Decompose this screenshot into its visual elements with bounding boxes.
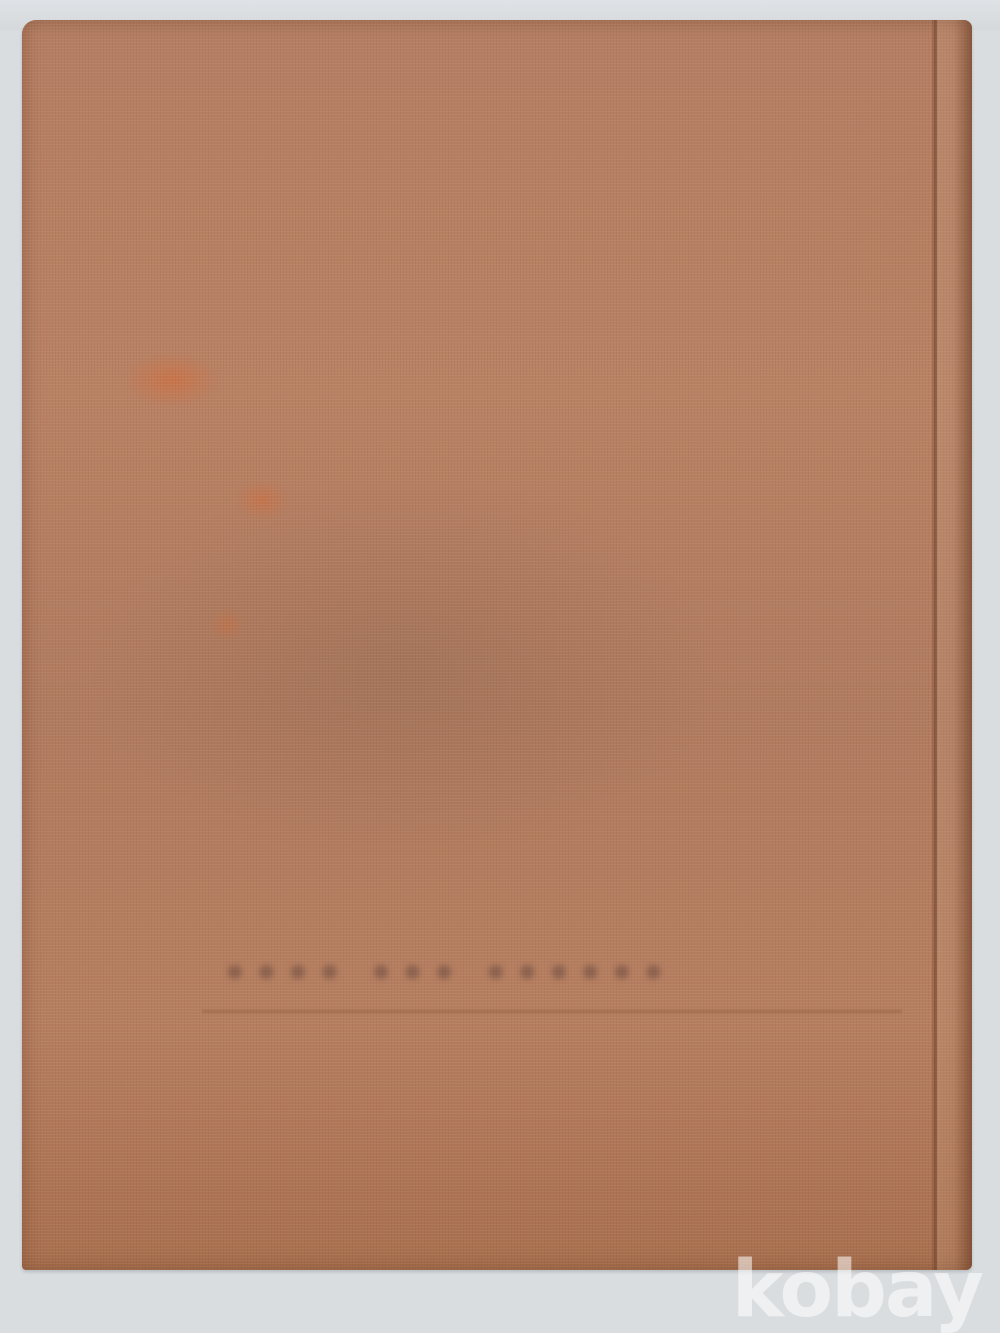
faded-stamp-line [202, 1010, 902, 1013]
faded-stamp-imprint: •••• ••• •••••• [222, 950, 822, 1010]
book-back-cover: •••• ••• •••••• [22, 20, 972, 1270]
spine-crease [934, 20, 937, 1270]
kobay-watermark: kobay [732, 1251, 982, 1329]
cloth-texture [22, 20, 972, 1270]
book-spine [932, 20, 972, 1270]
